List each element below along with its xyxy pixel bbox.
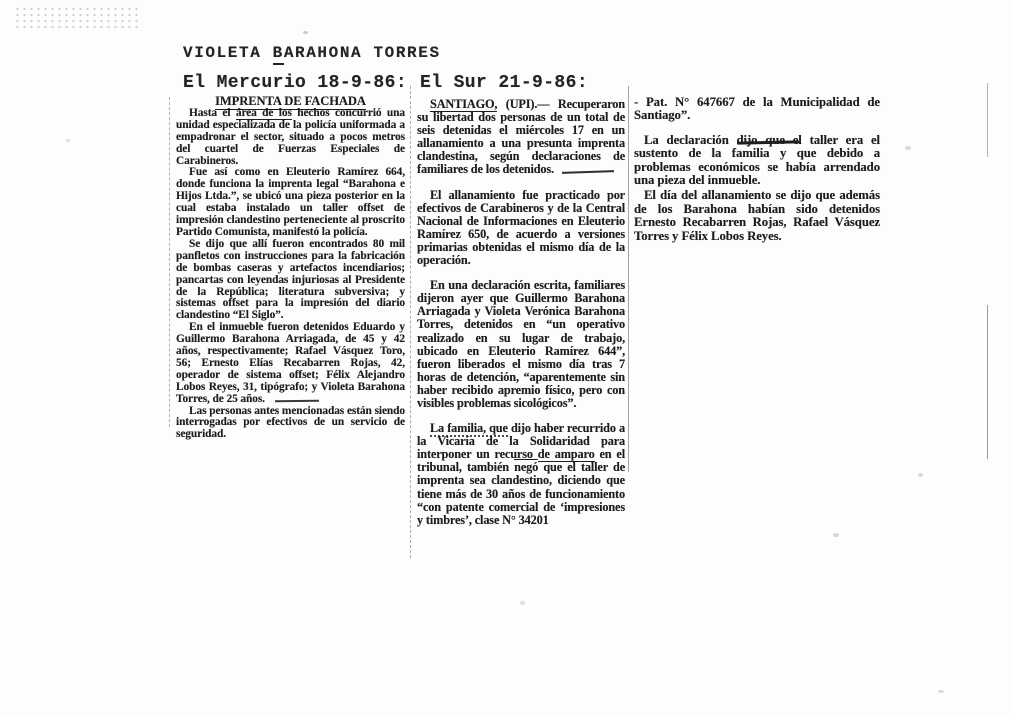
paragraph-text: Hasta el (189, 107, 236, 119)
article-paragraph: Hasta el área de los hechos concurrió un… (176, 108, 405, 168)
article-paragraph: En el inmueble fueron detenidos Eduardo … (176, 322, 405, 405)
source-heading-sur: El Sur 21-9-86: (420, 73, 588, 93)
pen-mark (562, 171, 614, 175)
article-paragraph: En una declaración escrita, familiares d… (417, 279, 625, 410)
article-paragraph: - Pat. N° 647667 de la Municipalidad de … (634, 96, 880, 123)
overlined-word: negó (514, 459, 538, 474)
title-text-pre: VIOLETA (183, 44, 273, 62)
article-paragraph: La familia, que dijo haber recurrido a l… (417, 422, 625, 527)
column-rule-mid-right (628, 86, 629, 472)
scan-speck (520, 601, 525, 605)
article-paragraph: Se dijo que allí fueron encontrados 80 m… (176, 239, 405, 322)
article-paragraph: SANTIAGO, (UPI).— Recuperaron su liberta… (417, 98, 625, 177)
article-paragraph: El día del allanamiento se dijo que adem… (634, 189, 880, 243)
article-paragraph: Las personas antes mencionadas están sie… (176, 406, 405, 442)
scan-speck (918, 473, 923, 477)
column-rule-mid-left (410, 86, 411, 558)
column-rule-far-right (987, 305, 988, 459)
scan-smudge (14, 6, 142, 28)
scan-speck (938, 690, 944, 693)
column-rule-left (169, 97, 170, 427)
scan-speck (303, 31, 308, 34)
mercurio-article-column: IMPRENTA DE FACHADA Hasta el área de los… (176, 96, 405, 441)
paragraph-text: En el inmueble fueron detenidos Eduardo … (176, 321, 405, 404)
source-heading-mercurio: El Mercurio 18-9-86: (183, 73, 407, 93)
scan-speck (833, 533, 839, 537)
sur-article-column-1: SANTIAGO, (UPI).— Recuperaron su liberta… (417, 98, 625, 539)
page-title: VIOLETA BARAHONA TORRES (183, 44, 441, 62)
title-text-post: ARAHONA TORRES (284, 44, 441, 62)
scanned-clipping-page: VIOLETA BARAHONA TORRES El Mercurio 18-9… (0, 0, 1012, 717)
article-paragraph: Fue así como en Eleuterio Ramírez 664, d… (176, 167, 405, 238)
title-underlined-letter: B (273, 44, 284, 65)
scan-speck (66, 139, 70, 142)
column-rule-far-right (987, 83, 988, 157)
scan-speck (905, 146, 911, 150)
pen-mark (275, 399, 319, 401)
sur-article-column-2: - Pat. N° 647667 de la Municipalidad de … (634, 96, 880, 245)
article-paragraph: El allanamiento fue practicado por efect… (417, 189, 625, 268)
